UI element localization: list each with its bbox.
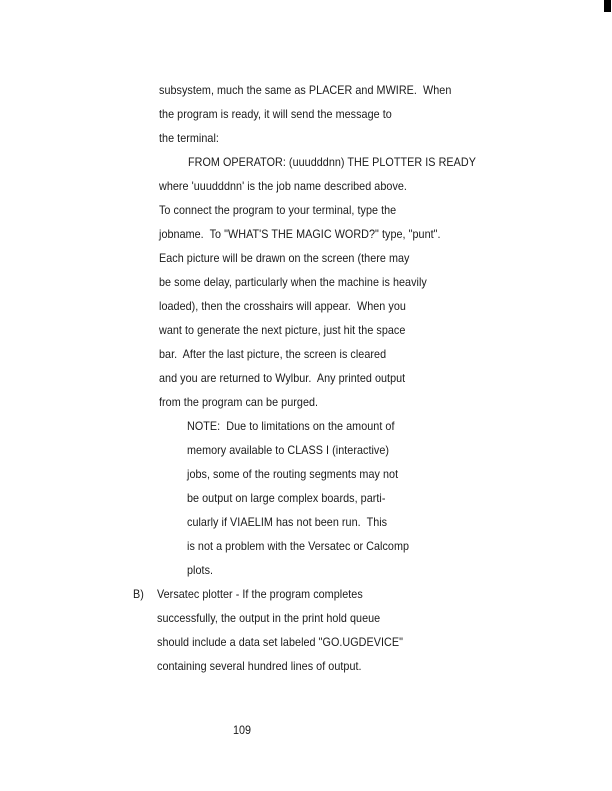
text-line: memory available to CLASS I (interactive… (187, 444, 389, 458)
text-line: containing several hundred lines of outp… (157, 660, 362, 674)
operator-message: FROM OPERATOR: (uuudddnn) THE PLOTTER IS… (188, 156, 476, 170)
text-line: Each picture will be drawn on the screen… (159, 252, 409, 266)
text-line: the program is ready, it will send the m… (159, 108, 392, 122)
text-line: loaded), then the crosshairs will appear… (159, 300, 406, 314)
text-line: want to generate the next picture, just … (159, 324, 405, 338)
scan-corner-mark (604, 0, 611, 12)
text-line: successfully, the output in the print ho… (157, 612, 380, 626)
text-line: subsystem, much the same as PLACER and M… (159, 84, 451, 98)
text-line: bar. After the last picture, the screen … (159, 348, 386, 362)
text-line: and you are returned to Wylbur. Any prin… (159, 372, 405, 386)
text-line: be some delay, particularly when the mac… (159, 276, 427, 290)
text-line: To connect the program to your terminal,… (159, 204, 396, 218)
page-number: 109 (233, 724, 251, 737)
text-line: be output on large complex boards, parti… (187, 492, 385, 506)
text-line: jobs, some of the routing segments may n… (187, 468, 398, 482)
text-line: from the program can be purged. (159, 396, 318, 410)
text-line: Versatec plotter - If the program comple… (157, 588, 363, 602)
text-line: the terminal: (159, 132, 219, 146)
text-line: cularly if VIAELIM has not been run. Thi… (187, 516, 387, 530)
text-line: where 'uuudddnn' is the job name describ… (159, 180, 407, 194)
text-line: jobname. To "WHAT'S THE MAGIC WORD?" typ… (159, 228, 441, 242)
text-line: is not a problem with the Versatec or Ca… (187, 540, 409, 554)
text-line: NOTE: Due to limitations on the amount o… (187, 420, 395, 434)
list-item-label: B) (133, 588, 144, 602)
text-line: should include a data set labeled "GO.UG… (157, 636, 403, 650)
text-line: plots. (187, 564, 213, 578)
